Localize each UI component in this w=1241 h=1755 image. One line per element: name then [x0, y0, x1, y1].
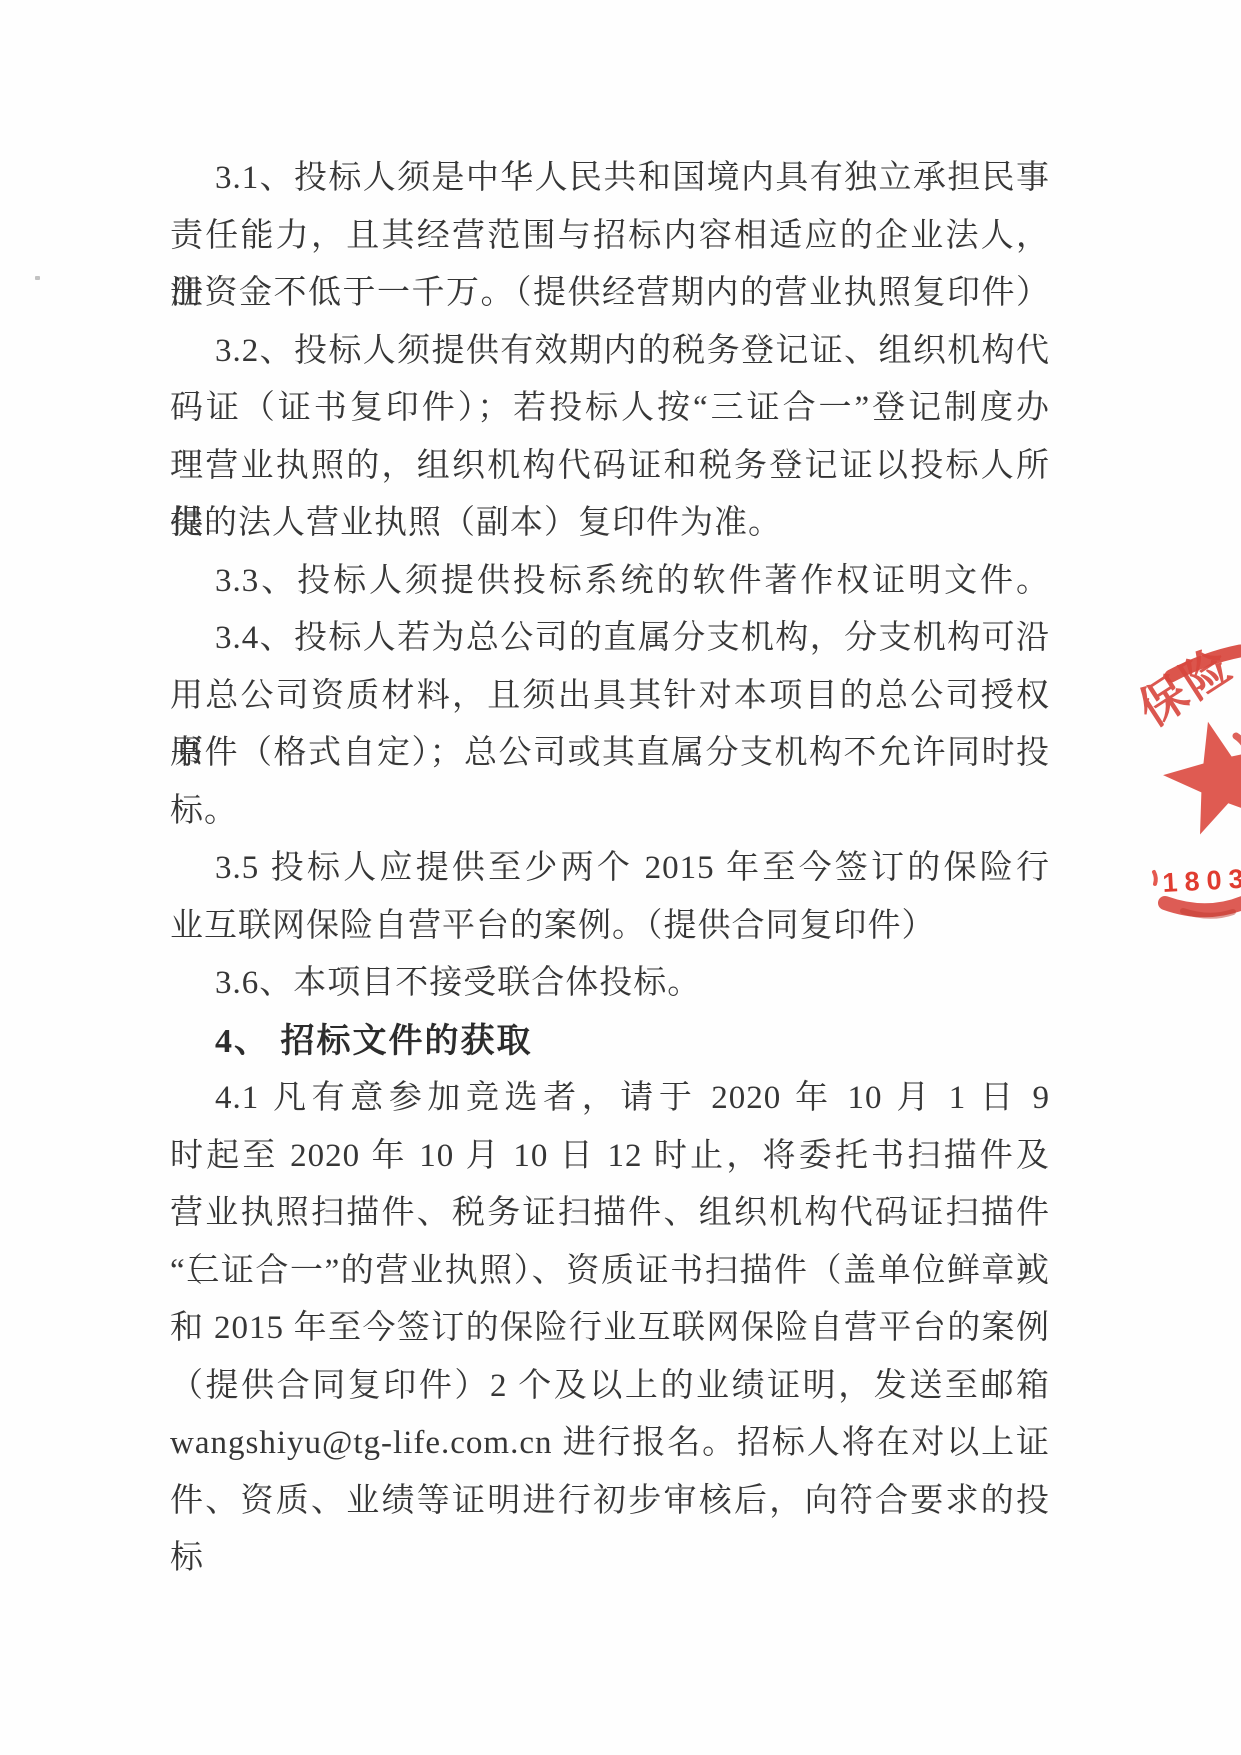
clause-4-1-line: 营业执照扫描件、税务证扫描件、组织机构代码证扫描件（或: [170, 1185, 1050, 1243]
clause-3-2-line: 码证（证书复印件）；若投标人按“三证合一”登记制度办: [170, 380, 1050, 438]
clause-3-1-line: 3.1、投标人须是中华人民共和国境内具有独立承担民事: [170, 150, 1050, 208]
clause-3-2-line: 理营业执照的，组织机构代码证和税务登记证以投标人所提: [170, 438, 1050, 496]
seal-ring-bottom-arc: [1165, 902, 1241, 910]
clause-4-1-email-line: wangshiyu@tg-life.com.cn 进行报名。招标人将在对以上证: [170, 1415, 1050, 1473]
clause-4-1-line: 和 2015 年至今签订的保险行业互联网保险自营平台的案例: [170, 1300, 1050, 1358]
clause-3-5-line: 业互联网保险自营平台的案例。（提供合同复印件）: [170, 898, 1050, 956]
clause-3-4-line: 标。: [170, 783, 1050, 841]
clause-4-1-line: “三证合一”的营业执照）、资质证书扫描件（盖单位鲜章）: [170, 1243, 1050, 1301]
clause-3-4-line: 3.4、投标人若为总公司的直属分支机构，分支机构可沿: [170, 610, 1050, 668]
seal-serial-fragment: [1154, 872, 1156, 884]
section-4-heading: 4、 招标文件的获取: [170, 1013, 1050, 1071]
seal-text: 保险: [1130, 638, 1241, 737]
document-body: 3.1、投标人须是中华人民共和国境内具有独立承担民事 责任能力，且其经营范围与招…: [170, 150, 1050, 1530]
clause-3-2-line: 供的法人营业执照（副本）复印件为准。: [170, 495, 1050, 553]
scanned-document-page: 3.1、投标人须是中华人民共和国境内具有独立承担民事 责任能力，且其经营范围与招…: [0, 0, 1241, 1755]
seal-text-fragment: [1236, 736, 1241, 752]
clause-4-1-line: 时起至 2020 年 10 月 10 日 12 时止，将委托书扫描件及: [170, 1128, 1050, 1186]
company-seal-stamp: 保险 18035: [1105, 618, 1241, 928]
clause-3-3-line: 3.3、投标人须提供投标系统的软件著作权证明文件。: [170, 553, 1050, 611]
clause-3-4-line: 原件（格式自定）；总公司或其直属分支机构不允许同时投: [170, 725, 1050, 783]
clause-3-1-line: 册资金不低于一千万。（提供经营期内的营业执照复印件）: [170, 265, 1050, 323]
clause-4-1-line: （提供合同复印件）2 个及以上的业绩证明，发送至邮箱: [170, 1358, 1050, 1416]
clause-4-1-line: 4.1 凡有意参加竞选者，请于 2020 年 10 月 1 日 9: [170, 1070, 1050, 1128]
scan-artifact-speck: [35, 276, 40, 280]
clause-3-5-line: 3.5 投标人应提供至少两个 2015 年至今签订的保险行: [170, 840, 1050, 898]
clause-4-1-line: 件、资质、业绩等证明进行初步审核后，向符合要求的投标: [170, 1473, 1050, 1531]
clause-3-6-line: 3.6、本项目不接受联合体投标。: [170, 955, 1050, 1013]
clause-3-2-line: 3.2、投标人须提供有效期内的税务登记证、组织机构代: [170, 323, 1050, 381]
clause-3-1-line: 责任能力，且其经营范围与招标内容相适应的企业法人，注: [170, 208, 1050, 266]
seal-serial-number: 18035: [1162, 862, 1241, 898]
seal-graphic: 保险 18035: [1105, 618, 1241, 928]
clause-3-4-line: 用总公司资质材料，且须出具其针对本项目的总公司授权书: [170, 668, 1050, 726]
